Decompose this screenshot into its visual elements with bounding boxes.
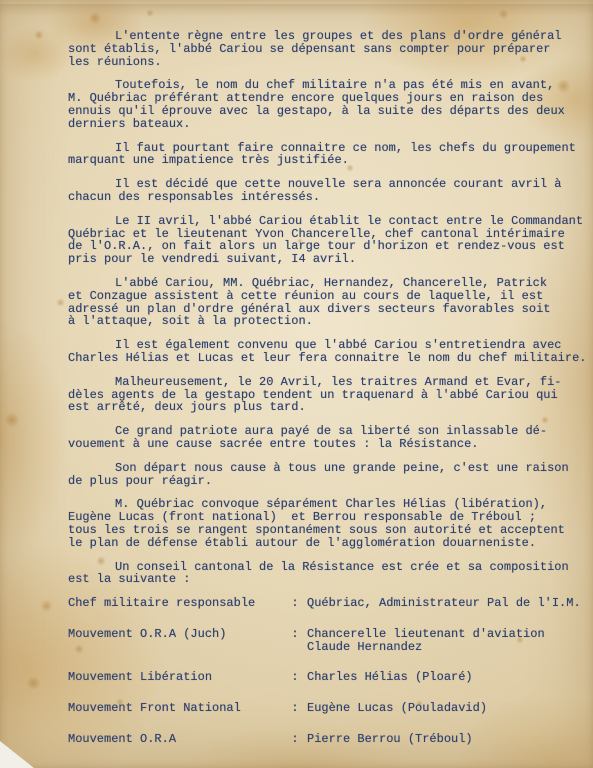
- council-holder: Charles Hélias (Ploaré): [307, 671, 588, 684]
- paragraph-3: Il faut pourtant faire connaitre ce nom,…: [68, 142, 588, 168]
- paragraph-4: Il est décidé que cette nouvelle sera an…: [68, 178, 588, 204]
- colon-separator: :: [283, 628, 307, 641]
- paragraph-2: Toutefois, le nom du chef militaire n'a …: [68, 79, 588, 130]
- colon-separator: :: [283, 671, 307, 684]
- colon-separator: :: [283, 597, 307, 610]
- council-composition-list: Chef militaire responsable : Québriac, A…: [68, 597, 588, 746]
- paper-stain: [56, 298, 65, 307]
- council-holder: Chancerelle lieutenant d'aviation Claude…: [307, 628, 588, 654]
- paragraph-6: L'abbé Cariou, MM. Québriac, Hernandez, …: [68, 277, 588, 328]
- council-row-chef-militaire: Chef militaire responsable : Québriac, A…: [68, 597, 588, 610]
- document-page: L'entente règne entre les groupes et des…: [0, 0, 593, 768]
- paragraph-12: Un conseil cantonal de la Résistance est…: [68, 561, 588, 587]
- council-holder: Québriac, Administrateur Pal de l'I.M.: [307, 597, 588, 610]
- council-holder: Pierre Berrou (Tréboul): [307, 733, 588, 746]
- paper-stain: [4, 412, 20, 428]
- paragraph-5: Le II avril, l'abbé Cariou établit le co…: [68, 215, 588, 266]
- council-row-ora-juch: Mouvement O.R.A (Juch) : Chancerelle lie…: [68, 628, 588, 654]
- paper-stain: [26, 676, 41, 690]
- paper-stain: [88, 12, 102, 24]
- paper-stain: [498, 9, 509, 19]
- council-role: Mouvement O.R.A: [68, 733, 283, 746]
- paragraph-8: Malheureusement, le 20 Avril, les traitr…: [68, 376, 588, 414]
- paragraph-7: Il est également convenu que l'abbé Cari…: [68, 339, 588, 365]
- council-role: Chef militaire responsable: [68, 597, 283, 610]
- paragraph-10: Son départ nous cause à tous une grande …: [68, 462, 588, 488]
- typewritten-text: L'entente règne entre les groupes et des…: [68, 30, 588, 764]
- council-holder: Eugène Lucas (Pouladavid): [307, 702, 588, 715]
- paragraph-11: M. Québriac convoque séparément Charles …: [68, 498, 588, 549]
- council-row-liberation: Mouvement Libération : Charles Hélias (P…: [68, 671, 588, 684]
- council-role: Mouvement O.R.A (Juch): [68, 628, 283, 641]
- council-row-front-national: Mouvement Front National : Eugène Lucas …: [68, 702, 588, 715]
- colon-separator: :: [283, 733, 307, 746]
- council-role: Mouvement Libération: [68, 671, 283, 684]
- colon-separator: :: [283, 702, 307, 715]
- paragraph-1: L'entente règne entre les groupes et des…: [68, 30, 588, 68]
- paragraph-9: Ce grand patriote aura payé de sa libert…: [68, 425, 588, 451]
- paper-stain: [40, 600, 53, 612]
- council-row-ora: Mouvement O.R.A : Pierre Berrou (Tréboul…: [68, 733, 588, 746]
- paper-stain: [34, 30, 44, 40]
- paper-stain: [146, 9, 154, 17]
- council-role: Mouvement Front National: [68, 702, 283, 715]
